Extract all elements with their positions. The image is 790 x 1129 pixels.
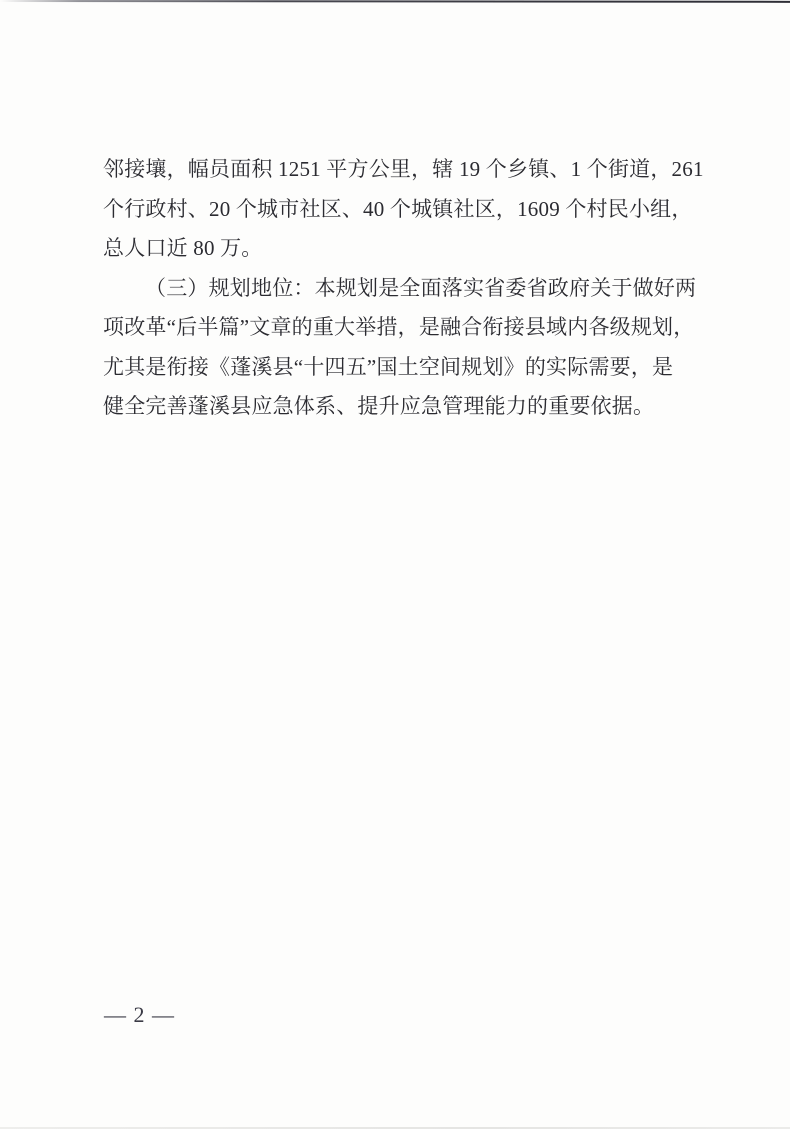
paragraph-1-line-2: 个行政村、20 个城市社区、40 个城镇社区，1609 个村民小组， bbox=[103, 190, 703, 230]
paragraph-2-line-3: 尤其是衔接《蓬溪县“十四五”国土空间规划》的实际需要，是 bbox=[103, 348, 703, 388]
scan-top-edge-artifact bbox=[0, 0, 790, 3]
page-number: — 2 — bbox=[104, 1000, 175, 1030]
paragraph-2-line-4: 健全完善蓬溪县应急体系、提升应急管理能力的重要依据。 bbox=[103, 387, 703, 427]
body-text-block: 邻接壤，幅员面积 1251 平方公里，辖 19 个乡镇、1 个街道，261 个行… bbox=[103, 150, 703, 427]
paragraph-1-line-3: 总人口近 80 万。 bbox=[103, 229, 703, 269]
paragraph-1-line-1: 邻接壤，幅员面积 1251 平方公里，辖 19 个乡镇、1 个街道，261 bbox=[103, 150, 703, 190]
paragraph-2-line-1: （三）规划地位：本规划是全面落实省委省政府关于做好两 bbox=[103, 269, 703, 309]
document-page: 邻接壤，幅员面积 1251 平方公里，辖 19 个乡镇、1 个街道，261 个行… bbox=[0, 0, 790, 1129]
paragraph-2-line-2: 项改革“后半篇”文章的重大举措，是融合衔接县域内各级规划， bbox=[103, 308, 703, 348]
